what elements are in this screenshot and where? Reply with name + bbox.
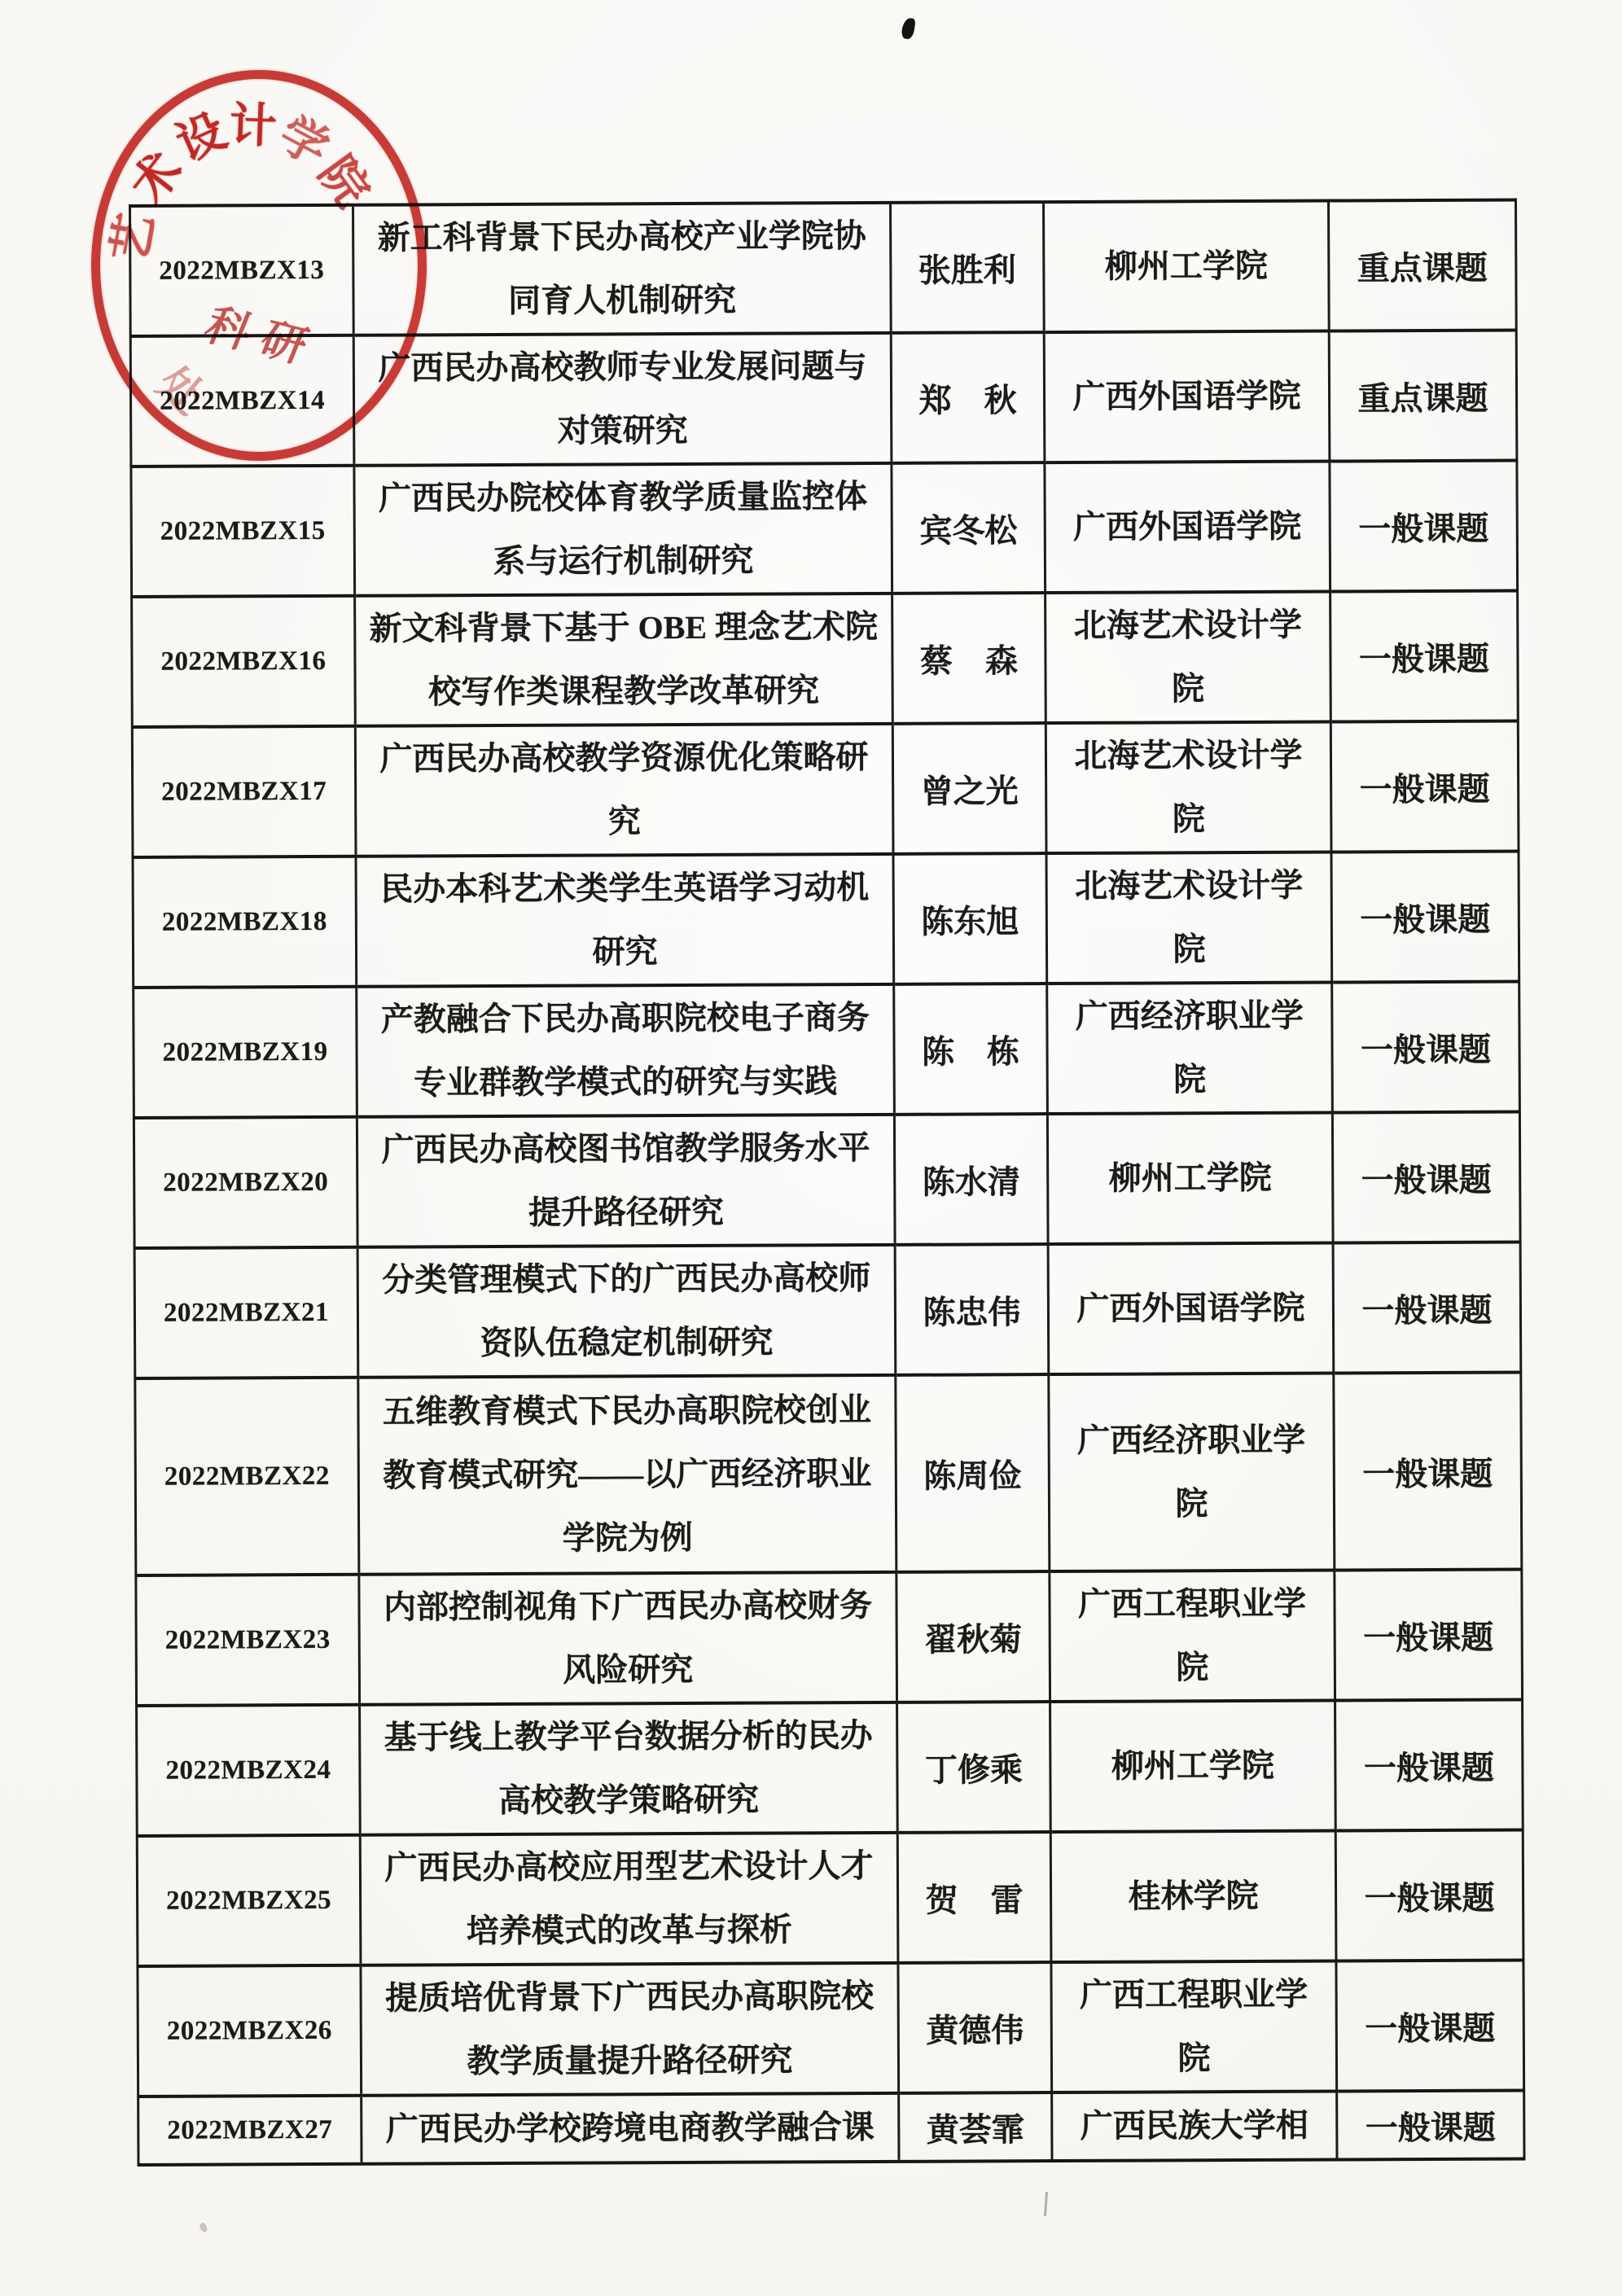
cell-category: 一般课题 <box>1337 2091 1524 2160</box>
cell-project-title: 广西民办高校应用型艺术设计人才培养模式的改革与探析 <box>360 1833 898 1965</box>
cell-leader-name: 陈东旭 <box>893 853 1047 984</box>
table-row: 2022MBZX24基于线上教学平台数据分析的民办高校教学策略研究丁修乘柳州工学… <box>137 1700 1523 1836</box>
table-row: 2022MBZX16新文科背景下基于 OBE 理念艺术院校写作类课程教学改革研究… <box>132 591 1519 727</box>
table-row: 2022MBZX13新工科背景下民办高校产业学院协同育人机制研究张胜利柳州工学院… <box>130 200 1517 336</box>
table-row: 2022MBZX26提质培优背景下广西民办高职院校教学质量提升路径研究黄德伟广西… <box>138 1961 1524 2097</box>
cell-leader-name: 贺 雷 <box>897 1832 1051 1963</box>
cell-text-line: 柳州工学院 <box>1055 1147 1325 1210</box>
cell-leader-name: 黄荟霏 <box>899 2092 1052 2162</box>
cell-project-title: 广西民办高校图书馆教学服务水平提升路径研究 <box>357 1115 895 1247</box>
cell-project-id: 2022MBZX20 <box>134 1117 357 1248</box>
cell-institution: 北海艺术设计学院 <box>1046 852 1332 984</box>
cell-project-title: 新文科背景下基于 OBE 理念艺术院校写作类课程教学改革研究 <box>355 594 893 726</box>
cell-leader-name: 郑 秋 <box>891 332 1045 463</box>
cell-text-line: 系与运行机制研究 <box>362 528 884 594</box>
cell-leader-name: 黄德伟 <box>898 1962 1052 2093</box>
cell-project-id: 2022MBZX25 <box>137 1835 361 1966</box>
scan-speck-artifact <box>199 2222 209 2233</box>
cell-text-line: 内部控制视角下广西民办高校财务 <box>366 1574 888 1640</box>
cell-text-line: 广西民办高校图书馆教学服务水平 <box>365 1116 887 1182</box>
cell-institution: 北海艺术设计学院 <box>1046 592 1331 724</box>
cell-project-id: 2022MBZX24 <box>137 1705 361 1836</box>
cell-text-line: 广西民办院校体育教学质量监控体 <box>362 465 883 531</box>
project-table: 2022MBZX13新工科背景下民办高校产业学院协同育人机制研究张胜利柳州工学院… <box>129 199 1525 2167</box>
cell-text-line: 教育模式研究——以广西经济职业 <box>366 1442 888 1508</box>
cell-text-line: 院 <box>1054 787 1323 852</box>
cell-institution: 柳州工学院 <box>1044 201 1330 333</box>
cell-text-line: 提质培优背景下广西民办高职院校 <box>368 1965 890 2031</box>
cell-category: 一般课题 <box>1335 1700 1523 1831</box>
seal-arc-char: 设 <box>164 93 235 174</box>
cell-text-line: 新工科背景下民办高校产业学院协 <box>361 204 883 270</box>
cell-institution: 广西外国语学院 <box>1044 331 1330 463</box>
cell-project-title: 产教融合下民办高职院校电子商务专业群教学模式的研究与实践 <box>357 984 895 1117</box>
seal-arc-char: 计 <box>229 86 278 156</box>
cell-institution: 广西外国语学院 <box>1048 1243 1334 1375</box>
cell-institution: 柳州工学院 <box>1050 1701 1336 1833</box>
seal-arc-char: 术 <box>112 135 195 214</box>
cell-institution: 北海艺术设计学院 <box>1046 722 1331 854</box>
cell-category: 一般课题 <box>1336 1961 1524 2092</box>
table-row: 2022MBZX20广西民办高校图书馆教学服务水平提升路径研究陈水清柳州工学院一… <box>134 1112 1520 1248</box>
cell-project-id: 2022MBZX17 <box>132 726 356 857</box>
cell-project-id: 2022MBZX14 <box>130 335 354 467</box>
cell-institution: 广西工程职业学院 <box>1051 1961 1337 2093</box>
cell-category: 一般课题 <box>1333 1242 1521 1374</box>
cell-text-line: 专业群教学模式的研究与实践 <box>365 1049 887 1115</box>
cell-institution: 广西外国语学院 <box>1045 462 1330 594</box>
cell-text-line: 广西民办学校跨境电商教学融合课 <box>369 2097 891 2161</box>
cell-institution: 广西工程职业学院 <box>1050 1571 1335 1702</box>
table-row: 2022MBZX14广西民办高校教师专业发展问题与对策研究郑 秋广西外国语学院重… <box>130 331 1517 467</box>
cell-project-title: 民办本科艺术类学生英语学习动机研究 <box>356 854 894 987</box>
cell-project-id: 2022MBZX21 <box>134 1247 358 1378</box>
cell-text-line: 新文科背景下基于 OBE 理念艺术院 <box>362 595 884 661</box>
cell-text-line: 院 <box>1053 657 1322 721</box>
cell-category: 一般课题 <box>1334 1373 1522 1571</box>
cell-project-id: 2022MBZX27 <box>138 2096 362 2165</box>
cell-text-line: 广西外国语学院 <box>1056 1277 1326 1340</box>
cell-leader-name: 宾冬松 <box>892 462 1046 594</box>
cell-text-line: 广西民办高校教师专业发展问题与 <box>362 335 883 401</box>
cell-text-line: 培养模式的改革与探析 <box>368 1898 890 1964</box>
cell-category: 重点课题 <box>1329 200 1517 331</box>
table-row: 2022MBZX22五维教育模式下民办高职院校创业教育模式研究——以广西经济职业… <box>135 1373 1522 1575</box>
table-row: 2022MBZX15广西民办院校体育教学质量监控体系与运行机制研究宾冬松广西外国… <box>131 461 1518 597</box>
cell-leader-name: 陈周俭 <box>896 1374 1050 1572</box>
cell-project-id: 2022MBZX16 <box>132 596 356 727</box>
cell-text-line: 高校教学策略研究 <box>367 1768 889 1834</box>
cell-text-line: 广西民族大学相 <box>1059 2095 1329 2158</box>
cell-text-line: 院 <box>1057 1472 1326 1536</box>
cell-text-line: 北海艺术设计学 <box>1053 594 1322 658</box>
cell-text-line: 广西工程职业学 <box>1059 1963 1328 2027</box>
cell-text-line: 院 <box>1058 1636 1327 1700</box>
cell-category: 一般课题 <box>1335 1570 1523 1701</box>
table-row: 2022MBZX17广西民办高校教学资源优化策略研究曾之光北海艺术设计学院一般课… <box>132 721 1519 857</box>
cell-institution: 广西经济职业学院 <box>1047 983 1333 1115</box>
cell-text-line: 究 <box>363 789 885 855</box>
table-row: 2022MBZX19产教融合下民办高职院校电子商务专业群教学模式的研究与实践陈 … <box>134 982 1520 1118</box>
seal-arc-char: 学 <box>270 96 344 178</box>
cell-leader-name: 陈水清 <box>894 1114 1048 1245</box>
cell-text-line: 广西工程职业学 <box>1057 1572 1326 1637</box>
cell-text-line: 广西经济职业学 <box>1056 1409 1326 1473</box>
cell-text-line: 五维教育模式下民办高职院校创业 <box>366 1378 888 1444</box>
cell-category: 一般课题 <box>1335 1830 1523 1961</box>
cell-project-title: 基于线上教学平台数据分析的民办高校教学策略研究 <box>360 1702 898 1835</box>
cell-text-line: 研究 <box>364 919 886 985</box>
cell-project-title: 五维教育模式下民办高职院校创业教育模式研究——以广西经济职业学院为例 <box>358 1375 896 1575</box>
cell-project-title: 提质培优背景下广西民办高职院校教学质量提升路径研究 <box>361 1963 899 2096</box>
cell-category: 一般课题 <box>1332 1112 1520 1243</box>
cell-text-line: 桂林学院 <box>1059 1865 1328 1928</box>
cell-text-line: 基于线上教学平台数据分析的民办 <box>367 1704 889 1770</box>
cell-text-line: 同育人机制研究 <box>361 268 883 334</box>
cell-text-line: 广西外国语学院 <box>1053 496 1322 559</box>
scanned-page: 2022MBZX13新工科背景下民办高校产业学院协同育人机制研究张胜利柳州工学院… <box>0 0 1622 2296</box>
cell-text-line: 学院为例 <box>366 1505 888 1571</box>
cell-leader-name: 张胜利 <box>891 202 1045 333</box>
cell-project-id: 2022MBZX18 <box>133 857 357 988</box>
cell-project-id: 2022MBZX19 <box>134 987 357 1118</box>
cell-project-title: 内部控制视角下广西民办高校财务风险研究 <box>359 1572 897 1705</box>
cell-text-line: 广西经济职业学 <box>1054 984 1324 1049</box>
cell-text-line: 广西外国语学院 <box>1052 366 1322 428</box>
cell-text-line: 分类管理模式下的广西民办高校师 <box>366 1247 888 1312</box>
cell-leader-name: 丁修乘 <box>897 1702 1051 1833</box>
cell-institution: 桂林学院 <box>1050 1831 1336 1963</box>
cell-text-line: 对策研究 <box>362 398 883 464</box>
cell-project-id: 2022MBZX22 <box>135 1378 359 1575</box>
cell-project-title: 广西民办院校体育教学质量监控体系与运行机制研究 <box>354 463 892 596</box>
cell-project-id: 2022MBZX26 <box>138 1965 362 2097</box>
cell-category: 一般课题 <box>1330 721 1519 852</box>
cell-category: 一般课题 <box>1331 852 1519 983</box>
cell-text-line: 北海艺术设计学 <box>1054 724 1323 788</box>
table-row: 2022MBZX21分类管理模式下的广西民办高校师资队伍稳定机制研究陈忠伟广西外… <box>134 1242 1521 1378</box>
ink-blot-artifact <box>901 17 915 40</box>
cell-project-title: 广西民办高校教师专业发展问题与对策研究 <box>353 333 892 466</box>
cell-leader-name: 蔡 森 <box>892 593 1046 724</box>
table-row: 2022MBZX27广西民办学校跨境电商教学融合课黄荟霏广西民族大学相一般课题 <box>138 2091 1524 2165</box>
cell-institution: 柳州工学院 <box>1047 1113 1333 1245</box>
cell-category: 一般课题 <box>1330 461 1518 592</box>
table-row: 2022MBZX23内部控制视角下广西民办高校财务风险研究翟秋菊广西工程职业学院… <box>136 1570 1523 1706</box>
cell-text-line: 院 <box>1055 1048 1325 1112</box>
cell-text-line: 产教融合下民办高职院校电子商务 <box>364 986 886 1052</box>
table-row: 2022MBZX25广西民办高校应用型艺术设计人才培养模式的改革与探析贺 雷桂林… <box>137 1830 1523 1966</box>
cell-text-line: 院 <box>1059 2027 1329 2091</box>
cell-text-line: 资队伍稳定机制研究 <box>366 1310 888 1376</box>
cell-text-line: 院 <box>1054 918 1324 982</box>
cell-category: 一般课题 <box>1332 982 1520 1113</box>
cell-text-line: 风险研究 <box>367 1637 889 1703</box>
cell-text-line: 北海艺术设计学 <box>1054 854 1324 918</box>
document-sheet: 2022MBZX13新工科背景下民办高校产业学院协同育人机制研究张胜利柳州工学院… <box>129 199 1525 2167</box>
cell-leader-name: 曾之光 <box>892 723 1046 854</box>
cell-leader-name: 陈 栋 <box>894 984 1048 1115</box>
cell-category: 一般课题 <box>1330 591 1519 722</box>
cell-text-line: 提升路径研究 <box>365 1180 887 1246</box>
cell-leader-name: 翟秋菊 <box>896 1571 1050 1702</box>
cell-institution: 广西民族大学相 <box>1052 2092 1337 2162</box>
cell-project-id: 2022MBZX13 <box>130 205 354 336</box>
cell-project-id: 2022MBZX15 <box>131 466 355 597</box>
scan-tick-artifact <box>1044 2192 1048 2216</box>
cell-text-line: 校写作类课程教学改革研究 <box>362 659 884 725</box>
cell-text-line: 广西民办高校教学资源优化策略研 <box>363 725 885 791</box>
project-table-body: 2022MBZX13新工科背景下民办高校产业学院协同育人机制研究张胜利柳州工学院… <box>130 200 1524 2165</box>
cell-text-line: 柳州工学院 <box>1058 1735 1327 1798</box>
table-row: 2022MBZX18民办本科艺术类学生英语学习动机研究陈东旭北海艺术设计学院一般… <box>133 852 1519 988</box>
cell-category: 重点课题 <box>1329 331 1517 462</box>
cell-text-line: 柳州工学院 <box>1051 235 1321 298</box>
cell-project-id: 2022MBZX23 <box>136 1575 360 1706</box>
cell-institution: 广西经济职业学院 <box>1049 1374 1335 1572</box>
cell-project-title: 广西民办高校教学资源优化策略研究 <box>355 724 893 857</box>
cell-project-title: 分类管理模式下的广西民办高校师资队伍稳定机制研究 <box>357 1245 896 1378</box>
cell-project-title: 广西民办学校跨境电商教学融合课 <box>362 2093 899 2164</box>
cell-text-line: 广西民办高校应用型艺术设计人才 <box>368 1834 890 1900</box>
cell-project-title: 新工科背景下民办高校产业学院协同育人机制研究 <box>353 203 892 335</box>
cell-leader-name: 陈忠伟 <box>895 1244 1049 1375</box>
cell-text-line: 教学质量提升路径研究 <box>369 2028 891 2094</box>
cell-text-line: 民办本科艺术类学生英语学习动机 <box>364 856 886 922</box>
